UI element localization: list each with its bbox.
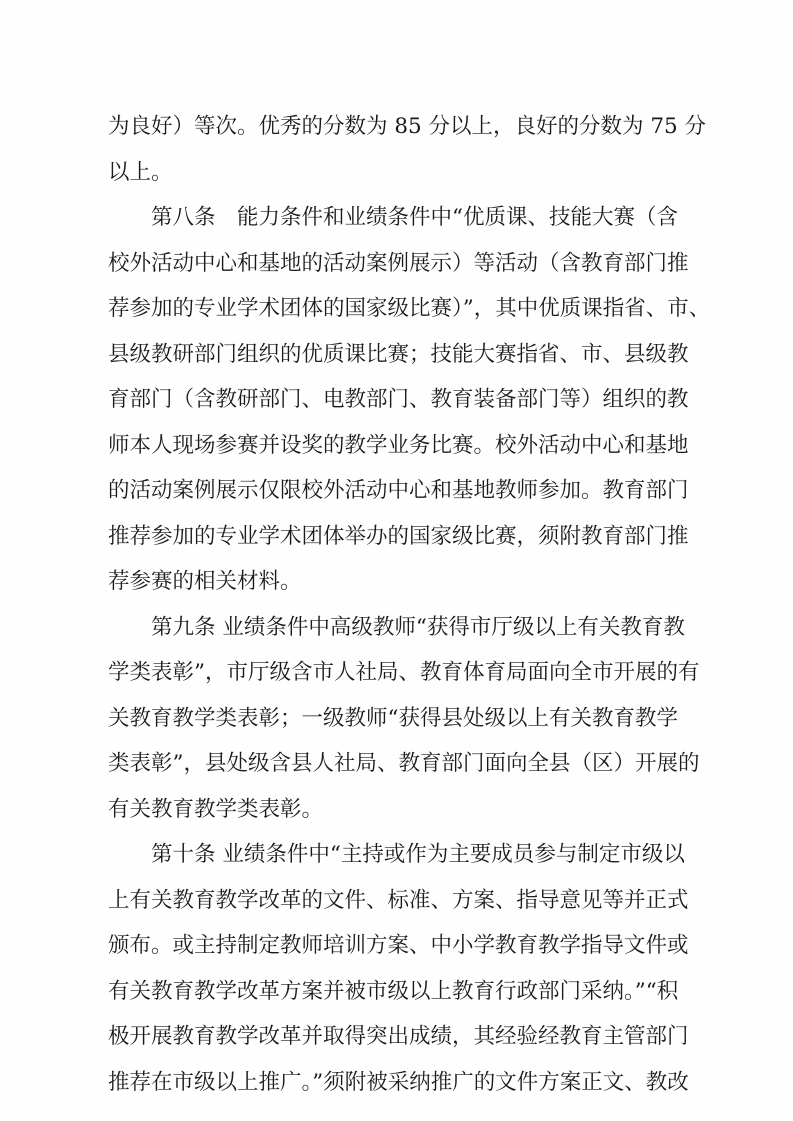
text-line: 类表彰”，县处级含县人社局、教育部门面向全县（区）开展的 [108, 741, 674, 787]
text-line: 学类表彰”，市厅级含市人社局、教育体育局面向全市开展的有 [108, 650, 674, 696]
text-line: 推荐参加的专业学术团体举办的国家级比赛，须附教育部门推 [108, 514, 674, 560]
text-line: 为良好）等次。优秀的分数为 85 分以上，良好的分数为 75 分 [108, 104, 674, 150]
text-line: 有关教育教学类表彰。 [108, 787, 674, 833]
document-body: 为良好）等次。优秀的分数为 85 分以上，良好的分数为 75 分以上。第八条 能… [108, 104, 674, 1105]
text-line: 推荐在市级以上推广。”须附被采纳推广的文件方案正文、教改 [108, 1060, 674, 1106]
text-line: 县级教研部门组织的优质课比赛；技能大赛指省、市、县级教 [108, 332, 674, 378]
text-line: 以上。 [108, 150, 674, 196]
text-line: 颁布。或主持制定教师培训方案、中小学教育教学指导文件或 [108, 923, 674, 969]
text-line: 育部门（含教研部门、电教部门、教育装备部门等）组织的教 [108, 377, 674, 423]
document-page: 为良好）等次。优秀的分数为 85 分以上，良好的分数为 75 分以上。第八条 能… [0, 0, 793, 1121]
text-line: 校外活动中心和基地的活动案例展示）等活动（含教育部门推 [108, 241, 674, 287]
text-line: 上有关教育教学改革的文件、标准、方案、指导意见等并正式 [108, 878, 674, 924]
text-line: 的活动案例展示仅限校外活动中心和基地教师参加。教育部门 [108, 468, 674, 514]
text-line: 师本人现场参赛并设奖的教学业务比赛。校外活动中心和基地 [108, 423, 674, 469]
text-line: 第十条 业绩条件中“主持或作为主要成员参与制定市级以 [108, 832, 674, 878]
text-line: 有关教育教学改革方案并被市级以上教育行政部门采纳。”“积 [108, 969, 674, 1015]
text-line: 第九条 业绩条件中高级教师“获得市厅级以上有关教育教 [108, 605, 674, 651]
text-line: 第八条 能力条件和业绩条件中“优质课、技能大赛（含 [108, 195, 674, 241]
text-line: 关教育教学类表彰；一级教师“获得县处级以上有关教育教学 [108, 696, 674, 742]
text-line: 极开展教育教学改革并取得突出成绩，其经验经教育主管部门 [108, 1014, 674, 1060]
text-line: 荐参加的专业学术团体的国家级比赛）”，其中优质课指省、市、 [108, 286, 674, 332]
text-line: 荐参赛的相关材料。 [108, 559, 674, 605]
